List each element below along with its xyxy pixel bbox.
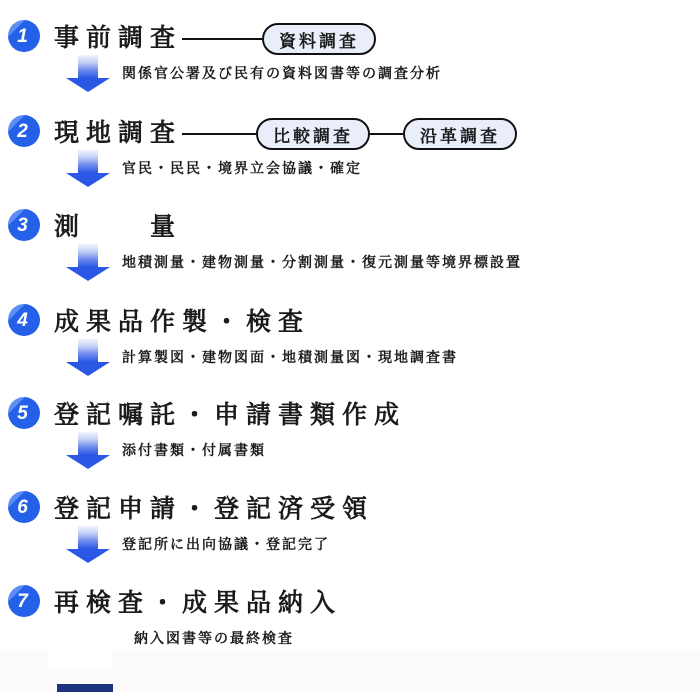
arrow-stem	[78, 339, 98, 362]
step-5-title: 登記嘱託・申請書類作成	[54, 395, 406, 431]
step-6-description: 登記所に出向協議・登記完了	[122, 526, 330, 563]
step-4-header: 4 成果品作製・検査	[0, 303, 700, 337]
step-6-sub: 登記所に出向協議・登記完了	[66, 526, 330, 563]
step-2-sub: 官民・民民・境界立会協議・確定	[66, 150, 362, 187]
connector-line	[182, 133, 256, 135]
down-arrow-icon	[66, 244, 110, 281]
down-arrow-icon	[66, 432, 110, 469]
step-3: 3 測 量 地積測量・建物測量・分割測量・復元測量等境界標設置	[0, 208, 700, 242]
step-1-description: 関係官公署及び民有の資料図書等の調査分析	[122, 55, 442, 92]
arrow-stem	[78, 55, 98, 78]
connector-line	[182, 38, 262, 40]
step-3-number-badge: 3	[8, 209, 40, 241]
arrow-head	[66, 362, 110, 376]
step-4-sub: 計算製図・建物図面・地積測量図・現地調査書	[66, 339, 458, 376]
process-flowchart: 1 事前調査 資料調査 関係官公署及び民有の資料図書等の調査分析 2 現地調査	[0, 0, 700, 692]
step-6-title: 登記申請・登記済受領	[54, 489, 374, 525]
arrow-head	[66, 173, 110, 187]
arrow-stem	[78, 432, 98, 455]
step-5-number: 5	[17, 404, 31, 423]
step-4-title: 成果品作製・検査	[54, 302, 310, 338]
footer-white-patch	[48, 650, 112, 668]
pill-hikaku-chousa: 比較調査	[256, 118, 370, 150]
step-5-number-badge: 5	[8, 397, 40, 429]
step-7-number: 7	[17, 592, 31, 611]
arrow-stem	[78, 526, 98, 549]
step-2-number-badge: 2	[8, 115, 40, 147]
arrow-head	[66, 78, 110, 92]
pill-label: 比較調査	[273, 122, 353, 147]
step-4-number-badge: 4	[8, 304, 40, 336]
step-2-title: 現地調査	[54, 113, 182, 149]
step-6-number: 6	[17, 498, 31, 517]
step-7-title: 再検査・成果品納入	[54, 583, 342, 619]
footer-navy-bar	[57, 684, 113, 692]
step-2-header: 2 現地調査 比較調査 沿革調査	[0, 114, 700, 148]
arrow-head	[66, 267, 110, 281]
step-7-header: 7 再検査・成果品納入	[0, 584, 700, 618]
step-2: 2 現地調査 比較調査 沿革調査 官民・民民・境界立会協議・確定	[0, 114, 700, 148]
arrow-stem	[78, 150, 98, 173]
step-2-number: 2	[17, 122, 31, 141]
step-6-number-badge: 6	[8, 491, 40, 523]
step-2-description: 官民・民民・境界立会協議・確定	[122, 150, 362, 187]
down-arrow-icon	[66, 55, 110, 92]
step-5-header: 5 登記嘱託・申請書類作成	[0, 396, 700, 430]
step-7: 7 再検査・成果品納入 納入図書等の最終検査	[0, 584, 700, 618]
step-5: 5 登記嘱託・申請書類作成 添付書類・付属書類	[0, 396, 700, 430]
step-1: 1 事前調査 資料調査 関係官公署及び民有の資料図書等の調査分析	[0, 19, 700, 53]
pill-enkaku-chousa: 沿革調査	[403, 118, 517, 150]
pill-label: 資料調査	[279, 27, 359, 52]
step-3-title: 測 量	[54, 207, 182, 243]
down-arrow-icon	[66, 526, 110, 563]
arrow-stem	[78, 244, 98, 267]
pill-label: 沿革調査	[420, 122, 500, 147]
arrow-head	[66, 549, 110, 563]
step-1-title: 事前調査	[54, 18, 182, 54]
step-5-description: 添付書類・付属書類	[122, 432, 266, 469]
step-3-number: 3	[17, 216, 31, 235]
arrow-head	[66, 455, 110, 469]
connector-line	[370, 133, 403, 135]
down-arrow-icon	[66, 150, 110, 187]
step-1-number-badge: 1	[8, 20, 40, 52]
step-3-sub: 地積測量・建物測量・分割測量・復元測量等境界標設置	[66, 244, 522, 281]
step-6-header: 6 登記申請・登記済受領	[0, 490, 700, 524]
step-5-sub: 添付書類・付属書類	[66, 432, 266, 469]
pill-shiryo-chousa: 資料調査	[262, 23, 376, 55]
step-4: 4 成果品作製・検査 計算製図・建物図面・地積測量図・現地調査書	[0, 303, 700, 337]
step-3-header: 3 測 量	[0, 208, 700, 242]
step-7-number-badge: 7	[8, 585, 40, 617]
step-1-header: 1 事前調査 資料調査	[0, 19, 700, 53]
step-4-description: 計算製図・建物図面・地積測量図・現地調査書	[122, 339, 458, 376]
step-1-number: 1	[17, 27, 31, 46]
down-arrow-icon	[66, 339, 110, 376]
step-3-description: 地積測量・建物測量・分割測量・復元測量等境界標設置	[122, 244, 522, 281]
step-1-sub: 関係官公署及び民有の資料図書等の調査分析	[66, 55, 442, 92]
step-6: 6 登記申請・登記済受領 登記所に出向協議・登記完了	[0, 490, 700, 524]
step-4-number: 4	[17, 311, 31, 330]
